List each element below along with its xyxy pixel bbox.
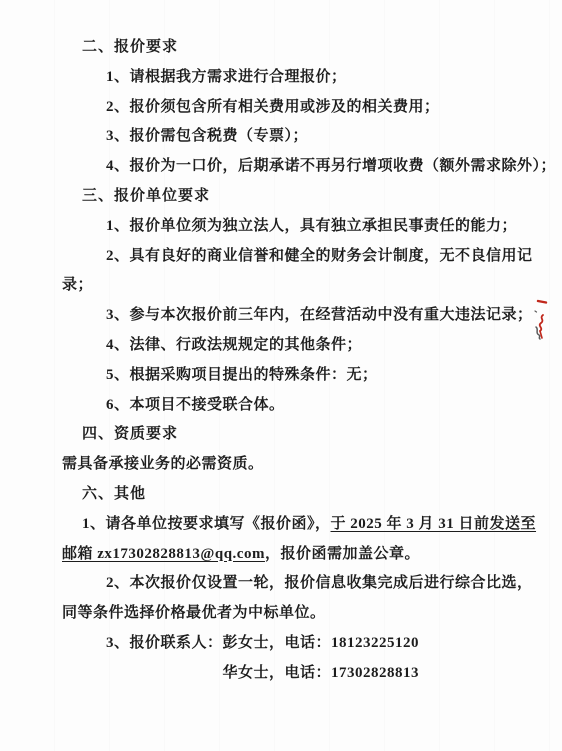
doc-line: 1、请根据我方需求进行合理报价； (60, 63, 534, 93)
doc-line: 5、根据采购项目提出的特殊条件：无； (60, 361, 534, 391)
text-run: 2、具有良好的商业信誉和健全的财务会计制度，无不良信用记 (106, 248, 533, 264)
doc-line: 同等条件选择价格最优者为中标单位。 (60, 599, 534, 629)
text-run: ，报价函需加盖公章。 (265, 546, 420, 562)
doc-line: 6、本项目不接受联合体。 (60, 391, 534, 421)
document-body: 二、报价要求1、请根据我方需求进行合理报价；2、报价须包含所有相关费用或涉及的相… (60, 33, 534, 689)
doc-line: 3、参与本次报价前三年内，在经营活动中没有重大违法记录； (60, 301, 534, 331)
underlined-text: 邮箱 zx17302828813@qq.com (62, 546, 265, 562)
text-run: 华女士，电话：17302828813 (223, 665, 420, 681)
text-run: 1、请根据我方需求进行合理报价； (106, 69, 347, 85)
doc-line: 1、请各单位按要求填写《报价函》，于 2025 年 3 月 31 日前发送至 (60, 510, 534, 540)
doc-line: 录； (60, 271, 534, 301)
text-run: 录； (62, 277, 93, 293)
doc-line: 4、法律、行政法规规定的其他条件； (60, 331, 534, 361)
doc-line: 1、报价单位须为独立法人，具有独立承担民事责任的能力； (60, 212, 534, 242)
doc-line: 2、具有良好的商业信誉和健全的财务会计制度，无不良信用记 (60, 242, 534, 272)
doc-line: 需具备承接业务的必需资质。 (60, 450, 534, 480)
section-heading: 六、其他 (60, 480, 534, 510)
text-run: 3、报价需包含税费（专票）； (106, 128, 308, 144)
scanned-document-page: 二、报价要求1、请根据我方需求进行合理报价；2、报价须包含所有相关费用或涉及的相… (0, 0, 562, 751)
text-run: 1、请各单位按要求填写《报价函》， (82, 516, 331, 532)
doc-line: 3、报价需包含税费（专票）； (60, 122, 534, 152)
text-run: 2、报价须包含所有相关费用或涉及的相关费用； (106, 99, 440, 115)
section-heading: 二、报价要求 (60, 33, 534, 63)
doc-line: 2、本次报价仅设置一轮，报价信息收集完成后进行综合比选， (60, 569, 534, 599)
text-run: 3、报价联系人：彭女士，电话：18123225120 (106, 635, 419, 651)
text-run: 四、资质要求 (82, 426, 178, 442)
doc-line: 邮箱 zx17302828813@qq.com，报价函需加盖公章。 (60, 540, 534, 570)
text-run: 六、其他 (82, 486, 146, 502)
underlined-text: 于 2025 年 3 月 31 日前发送至 (331, 516, 537, 532)
text-run: 4、法律、行政法规规定的其他条件； (106, 337, 362, 353)
text-run: 三、报价单位要求 (82, 188, 210, 204)
text-run: 5、根据采购项目提出的特殊条件：无； (106, 367, 378, 383)
doc-line: 4、报价为一口价，后期承诺不再另行增项收费（额外需求除外）； (60, 152, 534, 182)
handwritten-red-mark-icon (531, 297, 551, 347)
doc-line: 3、报价联系人：华女士，电话：17302828813 (60, 659, 534, 689)
doc-line: 2、报价须包含所有相关费用或涉及的相关费用； (60, 93, 534, 123)
text-run: 3、参与本次报价前三年内，在经营活动中没有重大违法记录； (106, 307, 533, 323)
text-run: 6、本项目不接受联合体。 (106, 397, 285, 413)
section-heading: 四、资质要求 (60, 420, 534, 450)
section-heading: 三、报价单位要求 (60, 182, 534, 212)
text-run: 4、报价为一口价，后期承诺不再另行增项收费（额外需求除外）； (106, 158, 556, 174)
text-run: 同等条件选择价格最优者为中标单位。 (62, 605, 326, 621)
text-run: 2、本次报价仅设置一轮，报价信息收集完成后进行综合比选， (106, 575, 533, 591)
text-run: 需具备承接业务的必需资质。 (62, 456, 264, 472)
doc-line: 3、报价联系人：彭女士，电话：18123225120 (60, 629, 534, 659)
text-run: 1、报价单位须为独立法人，具有独立承担民事责任的能力； (106, 218, 517, 234)
text-run: 二、报价要求 (82, 39, 178, 55)
